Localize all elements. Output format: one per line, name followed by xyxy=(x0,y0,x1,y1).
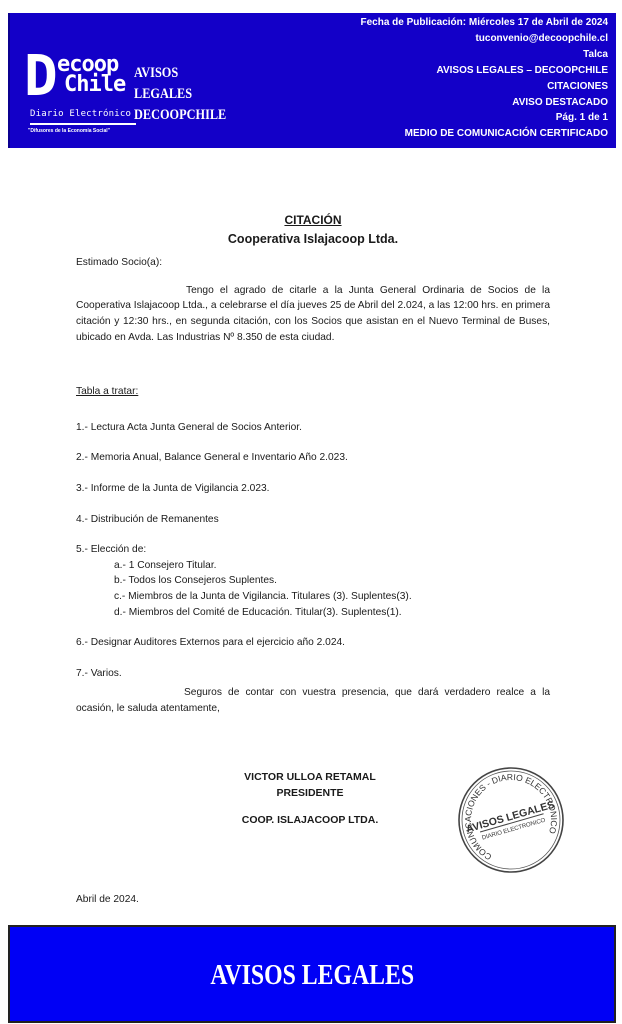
notice-date: Abril de 2024. xyxy=(76,894,139,905)
contact-email[interactable]: tuconvenio@decoopchile.cl xyxy=(361,31,609,47)
logo-initial: D xyxy=(24,51,58,103)
signatory-name: VICTOR ULLOA RETAMAL xyxy=(200,769,420,785)
city: Talca xyxy=(361,47,609,63)
brand-line: AVISOS xyxy=(134,63,226,84)
brand-line: LEGALES xyxy=(134,84,226,105)
footer-label: AVISOS LEGALES xyxy=(210,959,414,992)
footer-banner: AVISOS LEGALES xyxy=(8,925,616,1023)
agenda-list: 1.- Lectura Acta Junta General de Socios… xyxy=(76,420,550,682)
logo-tagline: "Difusores de la Economía Social" xyxy=(28,128,110,134)
official-stamp-icon: COMUNICACIONES - DIARIO ELECTRONICO AVIS… xyxy=(456,765,566,875)
category: CITACIONES xyxy=(361,79,609,95)
notice-type: AVISO DESTACADO xyxy=(361,95,609,111)
notice-title: CITACIÓN xyxy=(76,213,550,229)
agenda-item-text: 3.- Informe de la Junta de Vigilancia 2.… xyxy=(76,481,550,497)
agenda-item: 4.- Distribución de Remanentes xyxy=(76,512,550,528)
logo-line-2: Chile xyxy=(64,75,125,95)
logo-subtitle: Diario Electrónico xyxy=(30,109,131,119)
publication-date: Fecha de Publicación: Miércoles 17 de Ab… xyxy=(361,15,609,31)
signatory-organization: COOP. ISLAJACOOP LTDA. xyxy=(200,812,420,828)
publication-meta: Fecha de Publicación: Miércoles 17 de Ab… xyxy=(361,15,609,142)
agenda-item-text: 7.- Varios. xyxy=(76,666,550,682)
agenda-item-text: 1.- Lectura Acta Junta General de Socios… xyxy=(76,420,550,436)
notice-document: CITACIÓN Cooperativa Islajacoop Ltda. Es… xyxy=(76,213,550,716)
section-name: AVISOS LEGALES – DECOOPCHILE xyxy=(361,63,609,79)
agenda-item: 1.- Lectura Acta Junta General de Socios… xyxy=(76,420,550,436)
agenda-item-text: 2.- Memoria Anual, Balance General e Inv… xyxy=(76,450,550,466)
cooperative-name: Cooperativa Islajacoop Ltda. xyxy=(76,232,550,248)
agenda-item-text: 4.- Distribución de Remanentes xyxy=(76,512,550,528)
logo-divider xyxy=(30,123,136,125)
agenda-subitem: a.- 1 Consejero Titular. xyxy=(76,558,550,574)
notice-body: Tengo el agrado de citarle a la Junta Ge… xyxy=(76,283,550,345)
closing-text: Seguros de contar con vuestra presencia,… xyxy=(76,685,550,716)
agenda-subitem: c.- Miembros de la Junta de Vigilancia. … xyxy=(76,589,550,605)
agenda-item: 2.- Memoria Anual, Balance General e Inv… xyxy=(76,450,550,466)
agenda-subitem: d.- Miembros del Comité de Educación. Ti… xyxy=(76,605,550,621)
agenda-title: Tabla a tratar: xyxy=(76,384,550,400)
header-banner: D ecoop Chile Diario Electrónico "Difuso… xyxy=(8,13,616,148)
greeting: Estimado Socio(a): xyxy=(76,255,550,271)
agenda-item: 7.- Varios. xyxy=(76,666,550,682)
brand-title: AVISOS LEGALES DECOOPCHILE xyxy=(134,63,226,126)
signatory-role: PRESIDENTE xyxy=(200,785,420,801)
decoopchile-logo: D ecoop Chile Diario Electrónico "Difuso… xyxy=(24,51,134,141)
certification: MEDIO DE COMUNICACIÓN CERTIFICADO xyxy=(361,126,609,142)
agenda-subitem: b.- Todos los Consejeros Suplentes. xyxy=(76,573,550,589)
brand-line: DECOOPCHILE xyxy=(134,105,226,126)
agenda-item: 6.- Designar Auditores Externos para el … xyxy=(76,635,550,651)
agenda-item-text: 6.- Designar Auditores Externos para el … xyxy=(76,635,550,651)
agenda-item-text: 5.- Elección de: xyxy=(76,542,550,558)
agenda-item: 3.- Informe de la Junta de Vigilancia 2.… xyxy=(76,481,550,497)
page-number: Pág. 1 de 1 xyxy=(361,110,609,126)
agenda-item: 5.- Elección de:a.- 1 Consejero Titular.… xyxy=(76,542,550,620)
